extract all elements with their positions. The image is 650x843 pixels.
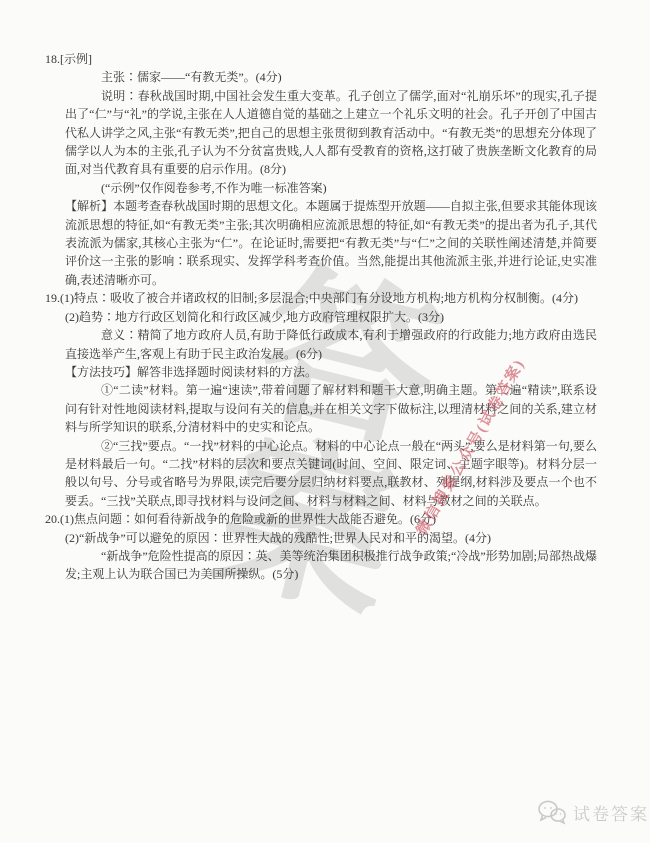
paragraph: 主张∶儒家——“有教无类”。(4分)	[65, 68, 597, 86]
paragraph: ②“三找”要点。“一找”材料的中心论点。材料的中心论点一般在“两头”,要么是材料…	[65, 437, 597, 511]
paragraph: (2)“新战争”可以避免的原因∶世界性大战的残酷性;世界人民对和平的渴望。(4分…	[65, 529, 597, 547]
paragraph: 说明∶春秋战国时期,中国社会发生重大变革。孔子创立了儒学,面对“礼崩乐坏”的现实…	[65, 87, 597, 179]
paragraph: ①“二读”材料。第一遍“速读”,带着问题了解材料和题干大意,明确主题。第二遍“精…	[65, 381, 597, 436]
wechat-icon	[537, 799, 567, 825]
publisher-logo-label: 试卷答案	[573, 800, 649, 825]
paragraph: 【解析】本题考查春秋战国时期的思想文化。本题属于提炼型开放题——自拟主张,但要求…	[65, 197, 597, 289]
scanned-answer-sheet-page: 答案 18.[示例]主张∶儒家——“有教无类”。(4分)说明∶春秋战国时期,中国…	[0, 0, 650, 843]
paragraph: 18.[示例]	[65, 50, 597, 68]
paragraph: (2)趋势∶地方行政区划简化和行政区减少,地方政府管理权限扩大。(3分)	[65, 308, 597, 326]
answer-text-block: 18.[示例]主张∶儒家——“有教无类”。(4分)说明∶春秋战国时期,中国社会发…	[45, 50, 597, 584]
publisher-logo: 试卷答案	[537, 799, 649, 825]
paragraph: 19.(1)特点∶吸收了被合并诸政权的旧制;多层混合;中央部门有分设地方机构;地…	[65, 289, 597, 307]
paragraph: 20.(1)焦点问题∶如何看待新战争的危险或新的世界性大战能否避免。(6分)	[65, 510, 597, 528]
paragraph: (“示例”仅作阅卷参考,不作为唯一标准答案)	[65, 179, 597, 197]
paragraph: “新战争”危险性提高的原因∶英、美等统治集团积极推行战争政策;“冷战”形势加剧;…	[65, 547, 597, 584]
